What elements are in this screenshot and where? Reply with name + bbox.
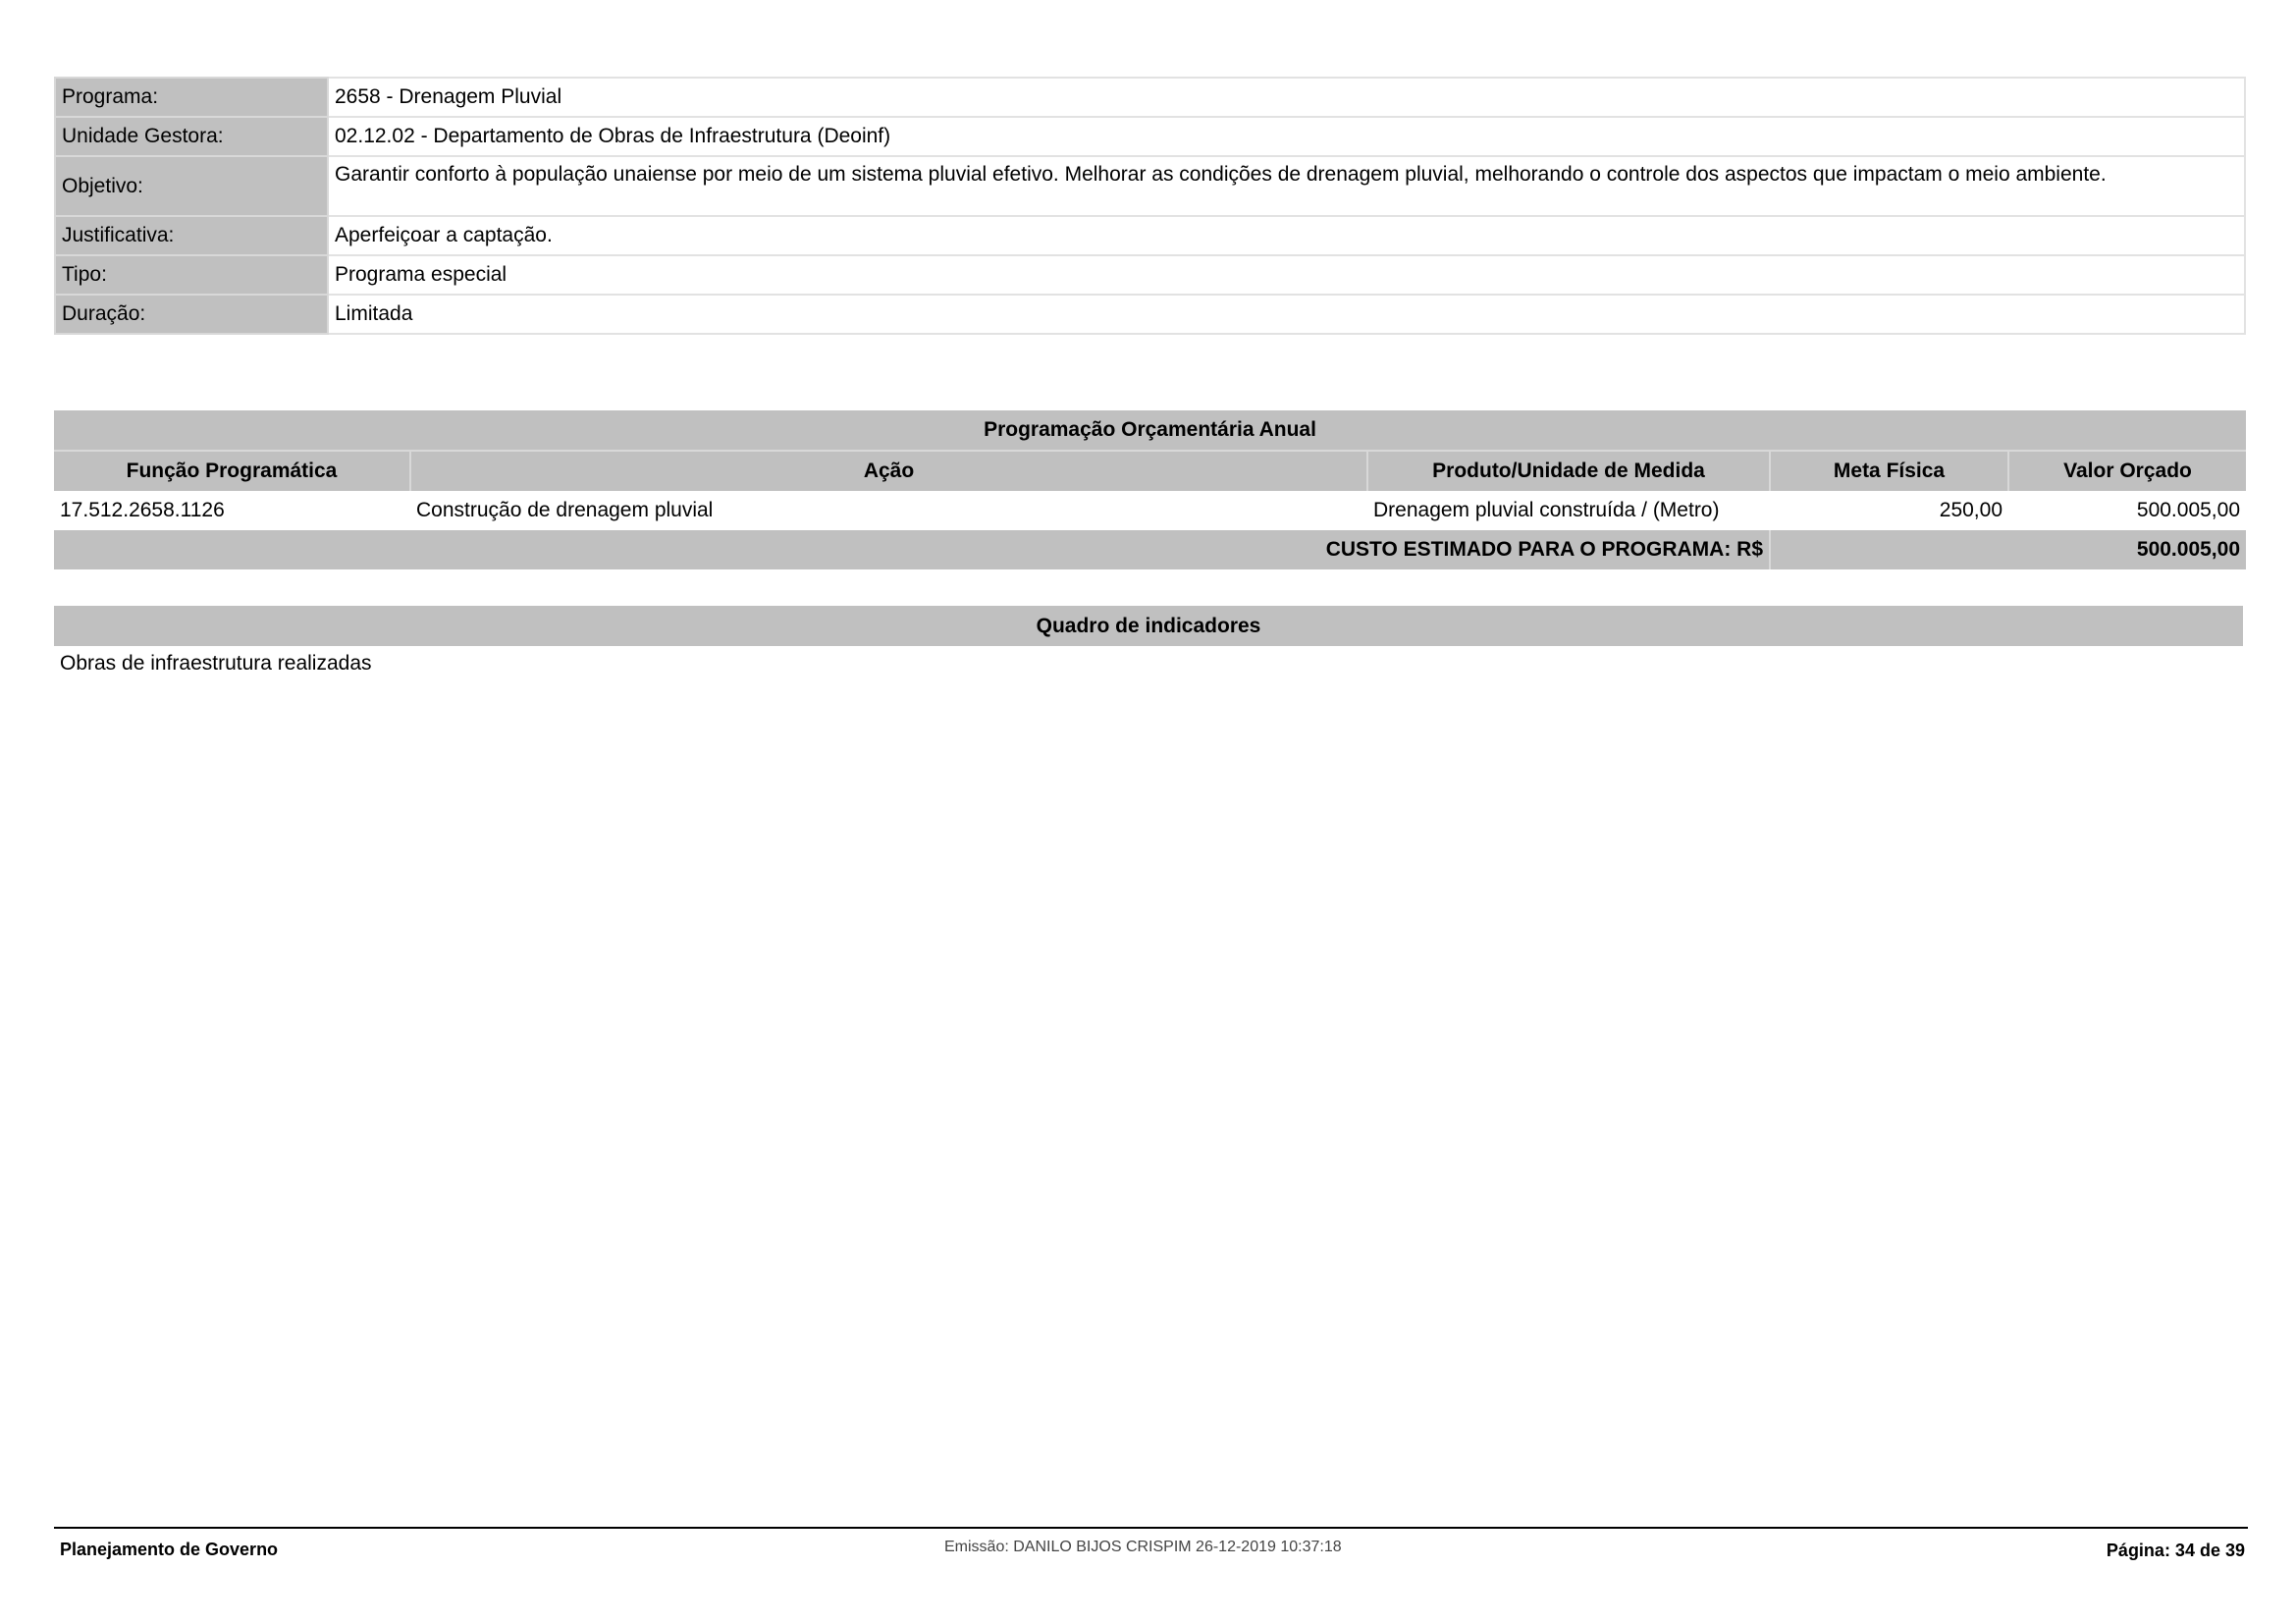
total-label: CUSTO ESTIMADO PARA O PROGRAMA: R$ bbox=[54, 530, 1770, 569]
budget-table: Programação Orçamentária Anual Função Pr… bbox=[54, 410, 2246, 569]
col-funcao-programatica: Função Programática bbox=[54, 451, 410, 491]
footer-title: Planejamento de Governo bbox=[60, 1540, 278, 1560]
budget-title: Programação Orçamentária Anual bbox=[54, 410, 2246, 451]
total-row: CUSTO ESTIMADO PARA O PROGRAMA: R$ 500.0… bbox=[54, 530, 2246, 569]
info-row-tipo: Tipo: Programa especial bbox=[55, 255, 2245, 295]
total-value: 500.005,00 bbox=[2008, 530, 2246, 569]
value-unidade-gestora: 02.12.02 - Departamento de Obras de Infr… bbox=[328, 117, 2245, 156]
info-row-programa: Programa: 2658 - Drenagem Pluvial bbox=[55, 78, 2245, 117]
indicators-section: Quadro de indicadores Obras de infraestr… bbox=[54, 606, 2243, 681]
label-tipo: Tipo: bbox=[55, 255, 328, 295]
value-duracao: Limitada bbox=[328, 295, 2245, 334]
col-valor-orcado: Valor Orçado bbox=[2008, 451, 2246, 491]
total-spacer bbox=[1770, 530, 2008, 569]
footer-page-number: Página: 34 de 39 bbox=[2107, 1541, 2245, 1561]
col-produto-unidade: Produto/Unidade de Medida bbox=[1367, 451, 1770, 491]
label-duracao: Duração: bbox=[55, 295, 328, 334]
cell-meta: 250,00 bbox=[1770, 491, 2008, 530]
value-tipo: Programa especial bbox=[328, 255, 2245, 295]
cell-produto: Drenagem pluvial construída / (Metro) bbox=[1367, 491, 1770, 530]
value-objetivo: Garantir conforto à população unaiense p… bbox=[328, 156, 2245, 216]
col-acao: Ação bbox=[410, 451, 1367, 491]
value-justificativa: Aperfeiçoar a captação. bbox=[328, 216, 2245, 255]
indicator-item: Obras de infraestrutura realizadas bbox=[54, 646, 2243, 681]
label-justificativa: Justificativa: bbox=[55, 216, 328, 255]
budget-header-row: Função Programática Ação Produto/Unidade… bbox=[54, 451, 2246, 491]
cell-valor: 500.005,00 bbox=[2008, 491, 2246, 530]
label-programa: Programa: bbox=[55, 78, 328, 117]
label-unidade-gestora: Unidade Gestora: bbox=[55, 117, 328, 156]
col-meta-fisica: Meta Física bbox=[1770, 451, 2008, 491]
info-row-justificativa: Justificativa: Aperfeiçoar a captação. bbox=[55, 216, 2245, 255]
cell-funcao: 17.512.2658.1126 bbox=[54, 491, 410, 530]
indicators-title: Quadro de indicadores bbox=[54, 606, 2243, 646]
value-programa: 2658 - Drenagem Pluvial bbox=[328, 78, 2245, 117]
table-row: 17.512.2658.1126 Construção de drenagem … bbox=[54, 491, 2246, 530]
info-row-duracao: Duração: Limitada bbox=[55, 295, 2245, 334]
footer-divider bbox=[54, 1527, 2248, 1529]
footer-emission: Emissão: DANILO BIJOS CRISPIM 26-12-2019… bbox=[944, 1539, 1342, 1556]
info-row-objetivo: Objetivo: Garantir conforto à população … bbox=[55, 156, 2245, 216]
label-objetivo: Objetivo: bbox=[55, 156, 328, 216]
cell-acao: Construção de drenagem pluvial bbox=[410, 491, 1367, 530]
info-row-unidade-gestora: Unidade Gestora: 02.12.02 - Departamento… bbox=[55, 117, 2245, 156]
program-info-table: Programa: 2658 - Drenagem Pluvial Unidad… bbox=[54, 77, 2246, 335]
